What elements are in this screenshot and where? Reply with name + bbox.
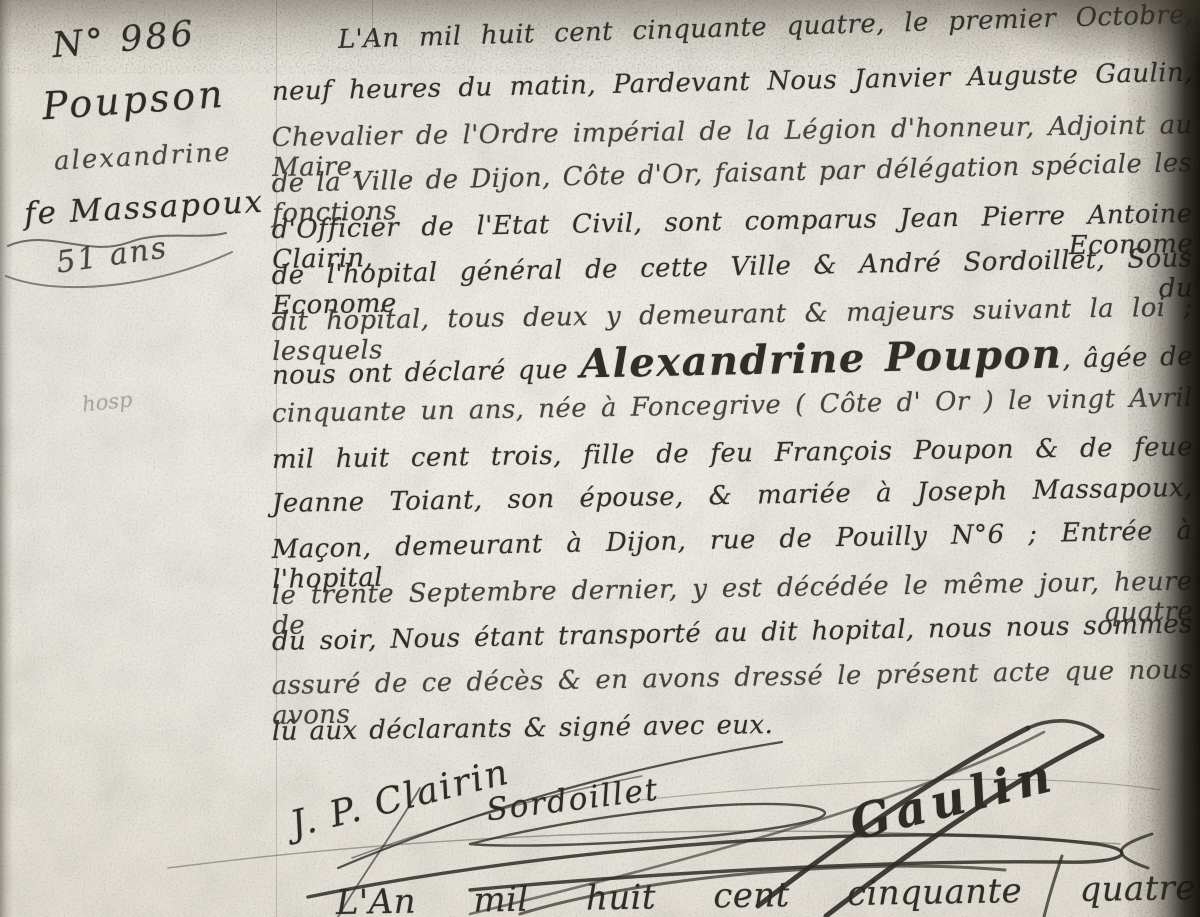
margin-surname: Poupson [41,72,227,129]
document-scan: N° 986 Poupson alexandrine fe Massapoux … [0,0,1200,917]
next-act-partial-line: L'An mil huit cent cinquante quatre [336,869,1197,917]
act-line-8-prefix: nous ont déclaré que [272,355,568,391]
deceased-name: Alexandrine Poupon [580,330,1063,387]
signature-clairin: J. P. Clairin [286,751,514,845]
margin-faint-note: hosp [81,387,134,416]
margin-spouse-note: fe Massapoux [23,184,265,233]
act-line-2: neuf heures du matin, Pardevant Nous Jan… [272,59,1193,108]
margin-given-name: alexandrine [53,137,232,176]
text-layer: N° 986 Poupson alexandrine fe Massapoux … [0,0,1200,917]
act-line-11: Jeanne Toiant, son épouse, & mariée à Jo… [272,474,1193,520]
signature-gaulin: Gaulin [844,747,1062,851]
act-line-10: mil huit cent trois, fille de feu Franço… [272,433,1193,476]
act-line-1: L'An mil huit cent cinquante quatre, le … [338,1,1195,56]
act-line-16: lû aux déclarants & signé avec eux. [272,710,872,748]
margin-age-note: 51 ans [54,230,170,280]
act-line-8-suffix: , âgée de [1062,342,1193,375]
margin-act-number: N° 986 [51,14,198,66]
